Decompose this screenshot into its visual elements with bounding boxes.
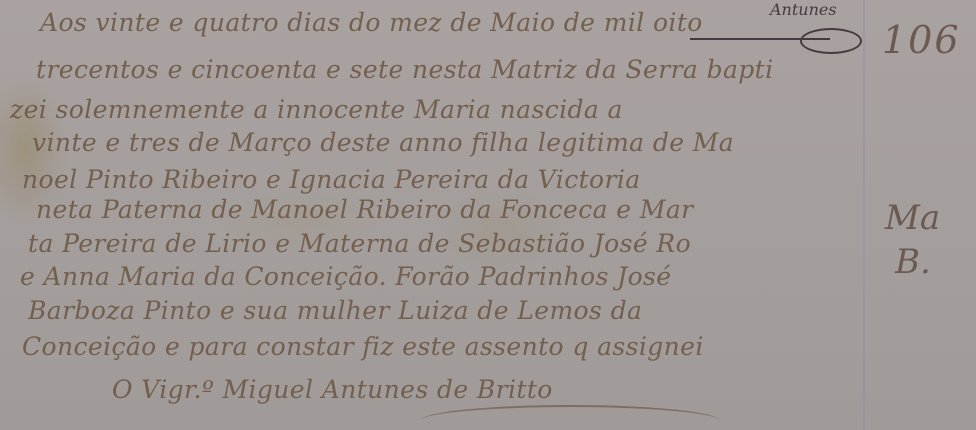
record-line-4: vinte e tres de Março deste anno filha l… xyxy=(32,128,734,157)
record-line-9: Barboza Pinto e sua mulher Luiza de Lemo… xyxy=(28,296,642,325)
record-line-3: zei solemnemente a innocente Maria nasci… xyxy=(10,95,623,124)
record-line-5: noel Pinto Ribeiro e Ignacia Pereira da … xyxy=(22,165,641,194)
signature-flourish xyxy=(420,405,720,430)
priest-signature: O Vigr.º Miguel Antunes de Britto xyxy=(112,375,553,404)
record-line-8: e Anna Maria da Conceição. Forão Padrinh… xyxy=(20,262,671,291)
margin-correction: Antunes xyxy=(770,0,837,19)
manuscript-page: Aos vinte e quatro dias do mez de Maio d… xyxy=(0,0,976,430)
entry-number: 106 xyxy=(882,18,961,62)
race-mark: B. xyxy=(895,242,931,282)
record-line-10: Conceição e para constar fiz este assent… xyxy=(22,332,704,361)
margin-rule xyxy=(863,0,865,430)
record-line-1: Aos vinte e quatro dias do mez de Maio d… xyxy=(40,8,703,37)
correction-loop-mark xyxy=(800,28,862,54)
record-line-7: ta Pereira de Lirio e Materna de Sebasti… xyxy=(28,229,691,258)
record-line-2: trecentos e cincoenta e sete nesta Matri… xyxy=(36,55,774,84)
record-line-6: neta Paterna de Manoel Ribeiro da Foncec… xyxy=(36,195,693,224)
sex-mark: Ma xyxy=(885,198,940,238)
